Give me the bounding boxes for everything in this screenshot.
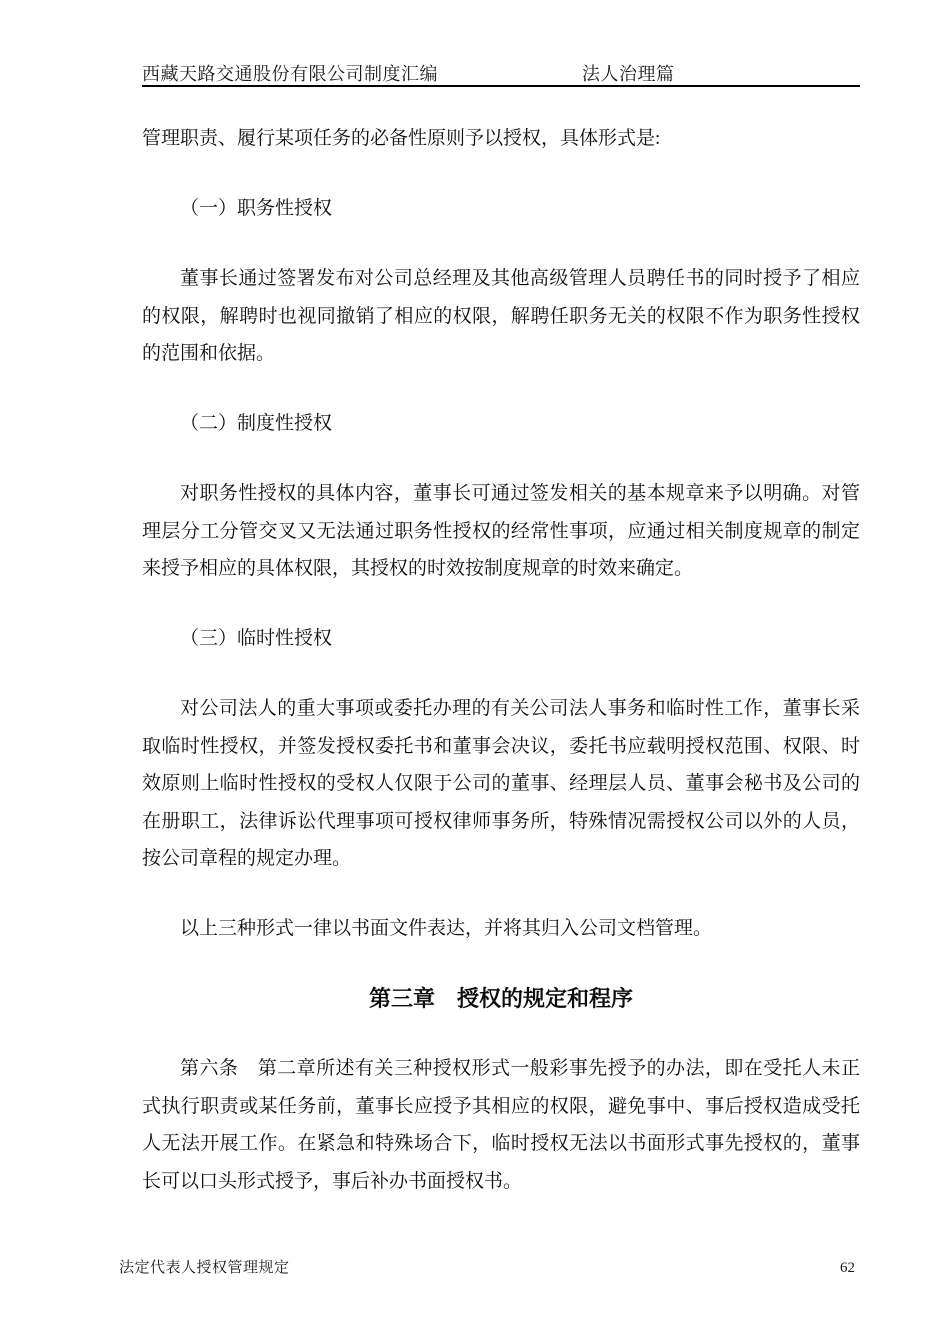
paragraph-article-6: 第六条 第二章所述有关三种授权形式一般彩事先授予的办法，即在受托人未正式执行职责… bbox=[142, 1050, 860, 1200]
paragraph-authorization-type-2: 对职务性授权的具体内容，董事长可通过签发相关的基本规章来予以明确。对管理层分工分… bbox=[142, 475, 860, 588]
header-rule bbox=[142, 85, 860, 87]
chapter-number: 第三章 bbox=[369, 980, 435, 1018]
document-body: 管理职责、履行某项任务的必备性原则予以授权，具体形式是: （一）职务性授权 董事… bbox=[142, 120, 860, 1233]
page-header: 西藏天路交通股份有限公司制度汇编 法人治理篇 bbox=[142, 63, 860, 85]
footer-document-title: 法定代表人授权管理规定 bbox=[119, 1258, 290, 1278]
chapter-title: 授权的规定和程序 bbox=[457, 980, 633, 1018]
document-page: 西藏天路交通股份有限公司制度汇编 法人治理篇 管理职责、履行某项任务的必备性原则… bbox=[0, 0, 950, 1344]
chapter-heading: 第三章 授权的规定和程序 bbox=[142, 980, 860, 1018]
paragraph-authorization-type-3: 对公司法人的重大事项或委托办理的有关公司法人事务和临时性工作，董事长采取临时性授… bbox=[142, 690, 860, 878]
footer-page-number: 62 bbox=[840, 1258, 855, 1278]
header-booklet-title: 西藏天路交通股份有限公司制度汇编 bbox=[142, 63, 438, 85]
paragraph-authorization-type-1: 董事长通过签署发布对公司总经理及其他高级管理人员聘任书的同时授予了相应的权限，解… bbox=[142, 260, 860, 373]
subheading-authorization-type-3: （三）临时性授权 bbox=[142, 620, 860, 658]
closing-summary-line: 以上三种形式一律以书面文件表达，并将其归入公司文档管理。 bbox=[142, 910, 860, 948]
page-footer: 法定代表人授权管理规定 62 bbox=[119, 1258, 855, 1278]
intro-continuation-line: 管理职责、履行某项任务的必备性原则予以授权，具体形式是: bbox=[142, 120, 860, 158]
header-section-title: 法人治理篇 bbox=[582, 63, 675, 85]
subheading-authorization-type-1: （一）职务性授权 bbox=[142, 190, 860, 228]
subheading-authorization-type-2: （二）制度性授权 bbox=[142, 405, 860, 443]
